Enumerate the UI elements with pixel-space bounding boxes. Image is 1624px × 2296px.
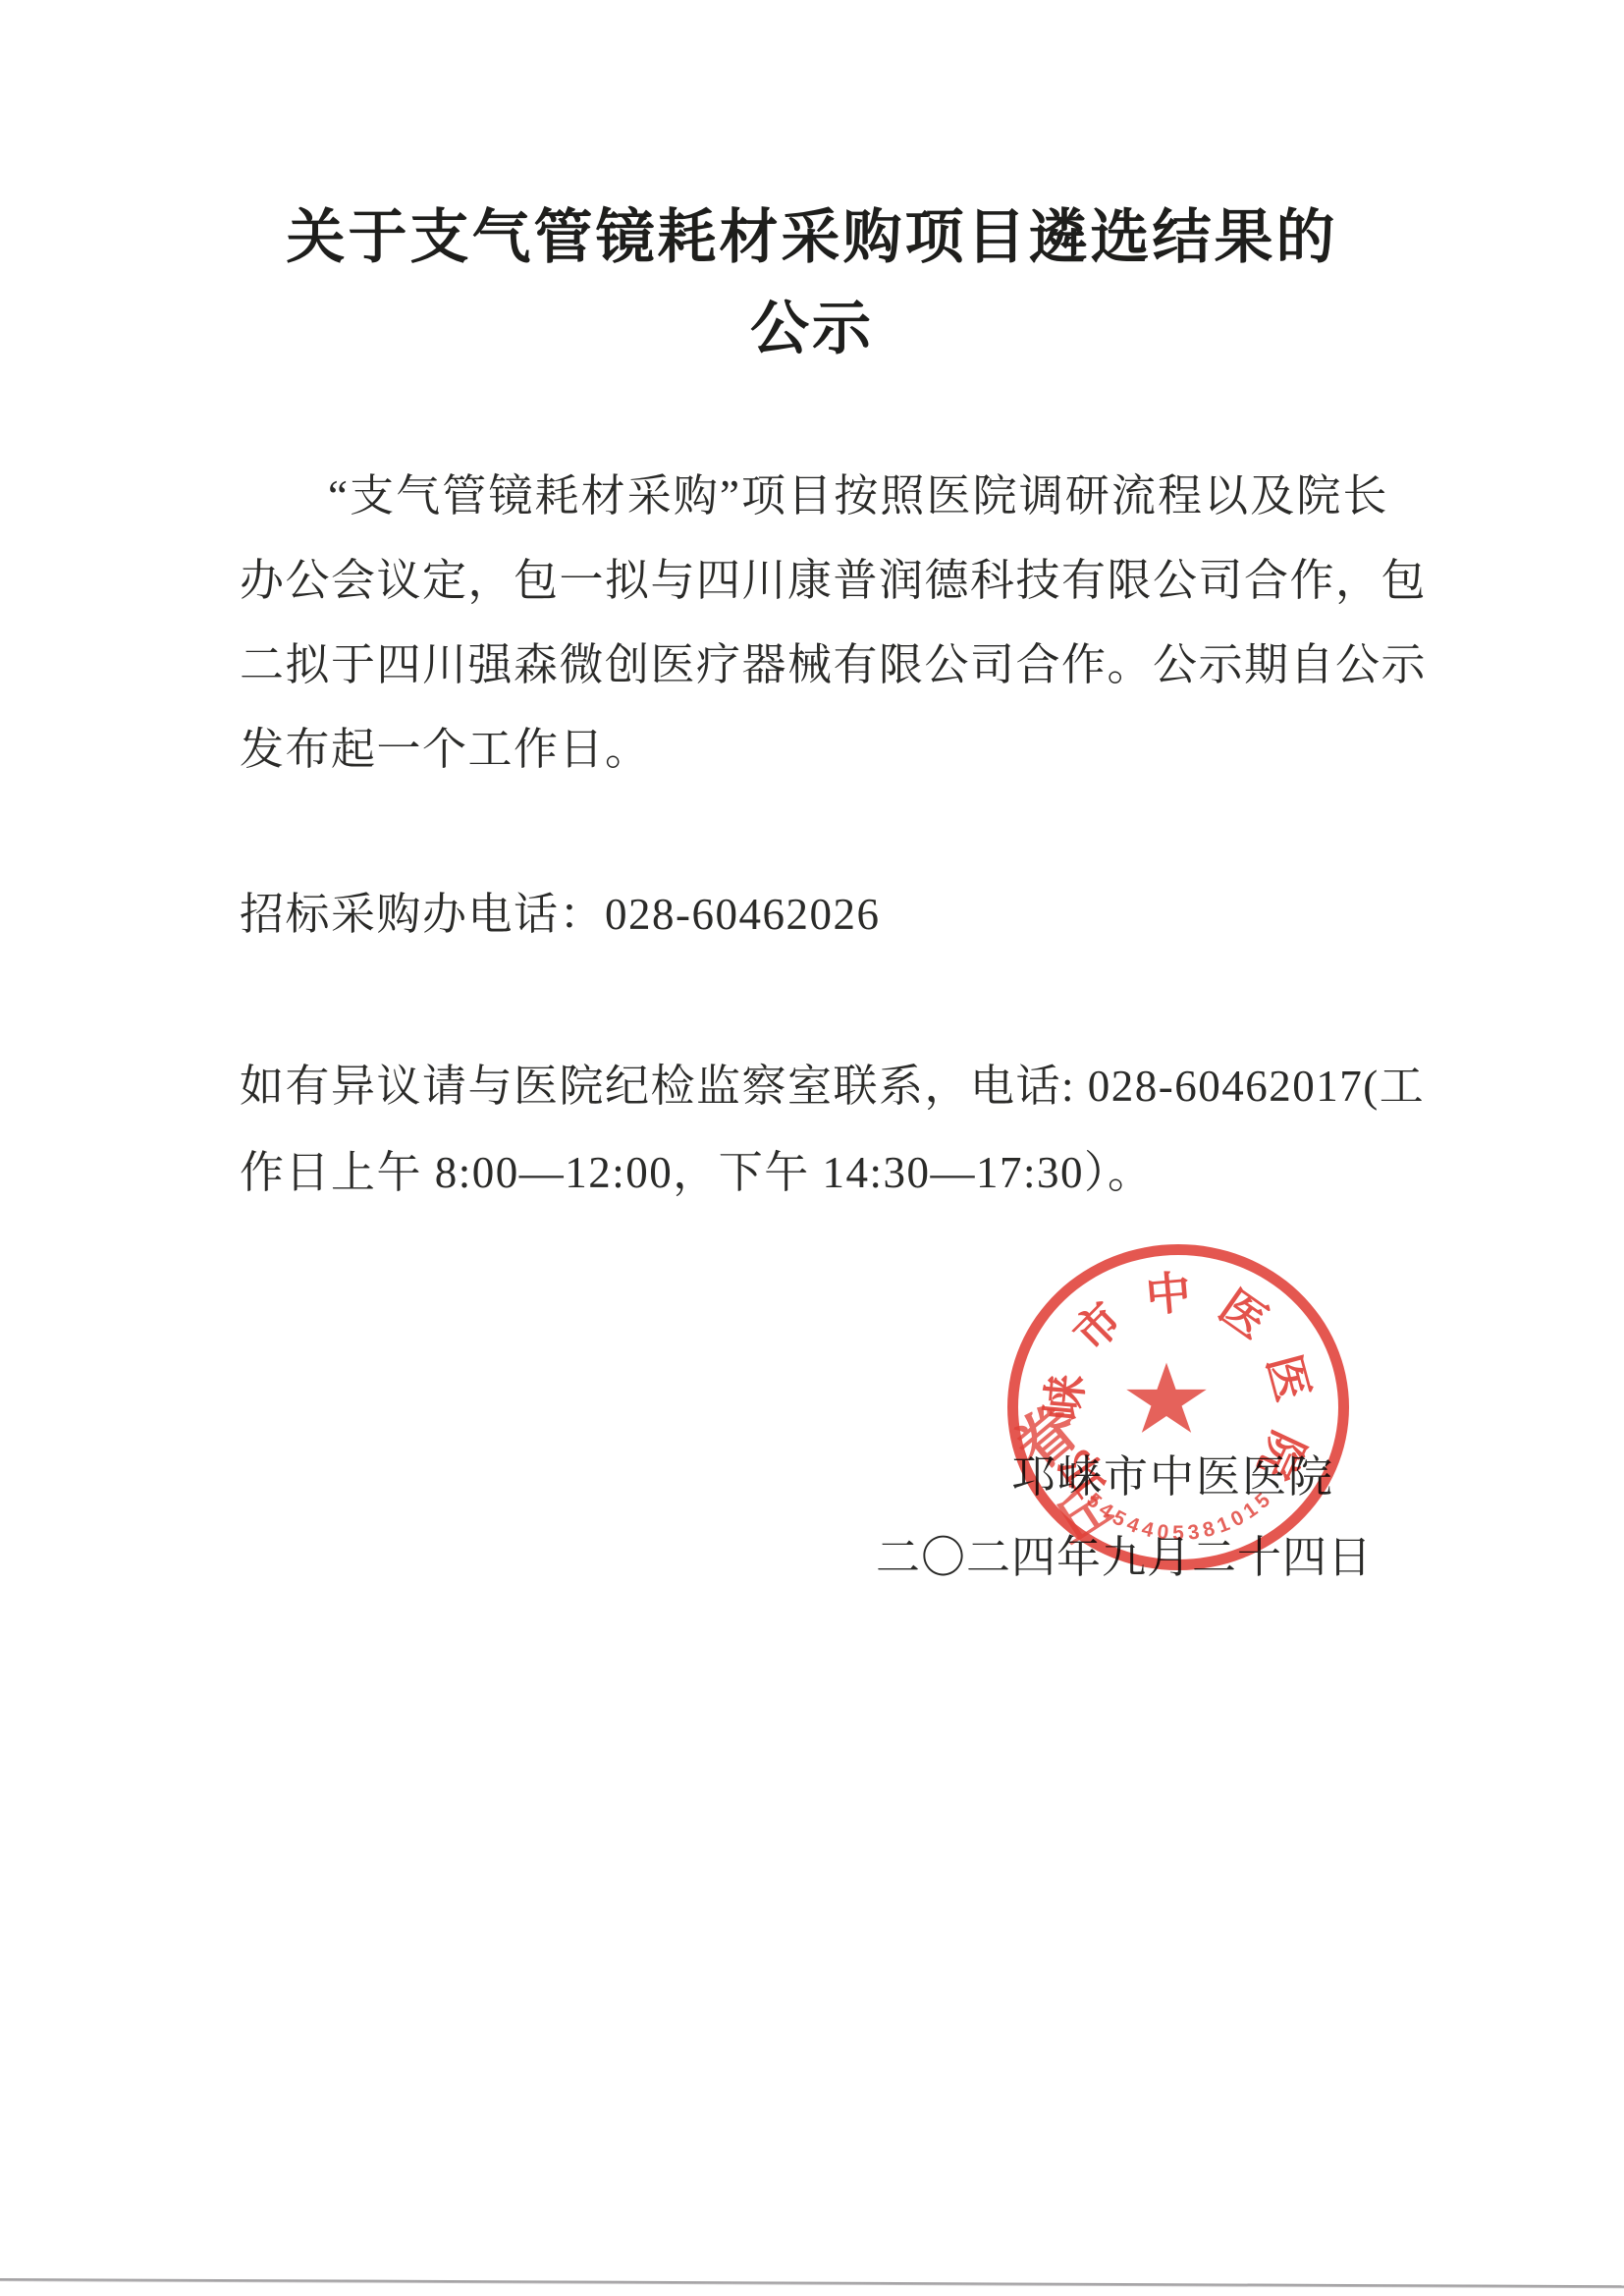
seal-code-digit: 0 bbox=[1156, 1520, 1170, 1545]
objection-paragraph: 如有异议请与医院纪检监察室联系，电话: 028-60462017(工 作日上午 … bbox=[240, 1043, 1388, 1216]
paragraph-line: 作日上午 8:00—12:00，下午 14:30—17:30）。 bbox=[240, 1129, 1388, 1216]
official-seal: 邛崃市中医医院 5101835044545 眷 丘 bbox=[1007, 1244, 1349, 1570]
page-title: 关于支气管镜耗材采购项目遴选结果的 公示 bbox=[0, 192, 1624, 375]
procurement-phone-line: 招标采购办电话：028-60462026 bbox=[240, 872, 881, 957]
document-page: 关于支气管镜耗材采购项目遴选结果的 公示 “支气管镜耗材采购”项目按照医院调研流… bbox=[0, 0, 1624, 2296]
seal-code-digit: 5 bbox=[1172, 1522, 1184, 1546]
title-line-2: 公示 bbox=[0, 284, 1624, 375]
main-paragraph: “支气管镜耗材采购”项目按照医院调研流程以及院长 办公会议定，包一拟与四川康普润… bbox=[240, 454, 1388, 792]
paragraph-line: “支气管镜耗材采购”项目按照医院调研流程以及院长 bbox=[240, 454, 1388, 538]
paragraph-line: 发布起一个工作日。 bbox=[240, 707, 1388, 792]
paragraph-line: 二拟于四川强森微创医疗器械有限公司合作。公示期自公示 bbox=[240, 623, 1388, 707]
paragraph-line: 如有异议请与医院纪检监察室联系，电话: 028-60462017(工 bbox=[240, 1043, 1388, 1129]
seal-code-digit: 3 bbox=[1186, 1520, 1201, 1545]
seal-code-digit: 8 bbox=[1201, 1517, 1218, 1543]
title-line-1: 关于支气管镜耗材采购项目遴选结果的 bbox=[0, 192, 1624, 284]
seal-code-digit: 4 bbox=[1139, 1517, 1156, 1543]
scan-artifact-line bbox=[0, 2278, 1624, 2288]
paragraph-line: 办公会议定，包一拟与四川康普润德科技有限公司合作，包 bbox=[240, 538, 1388, 623]
